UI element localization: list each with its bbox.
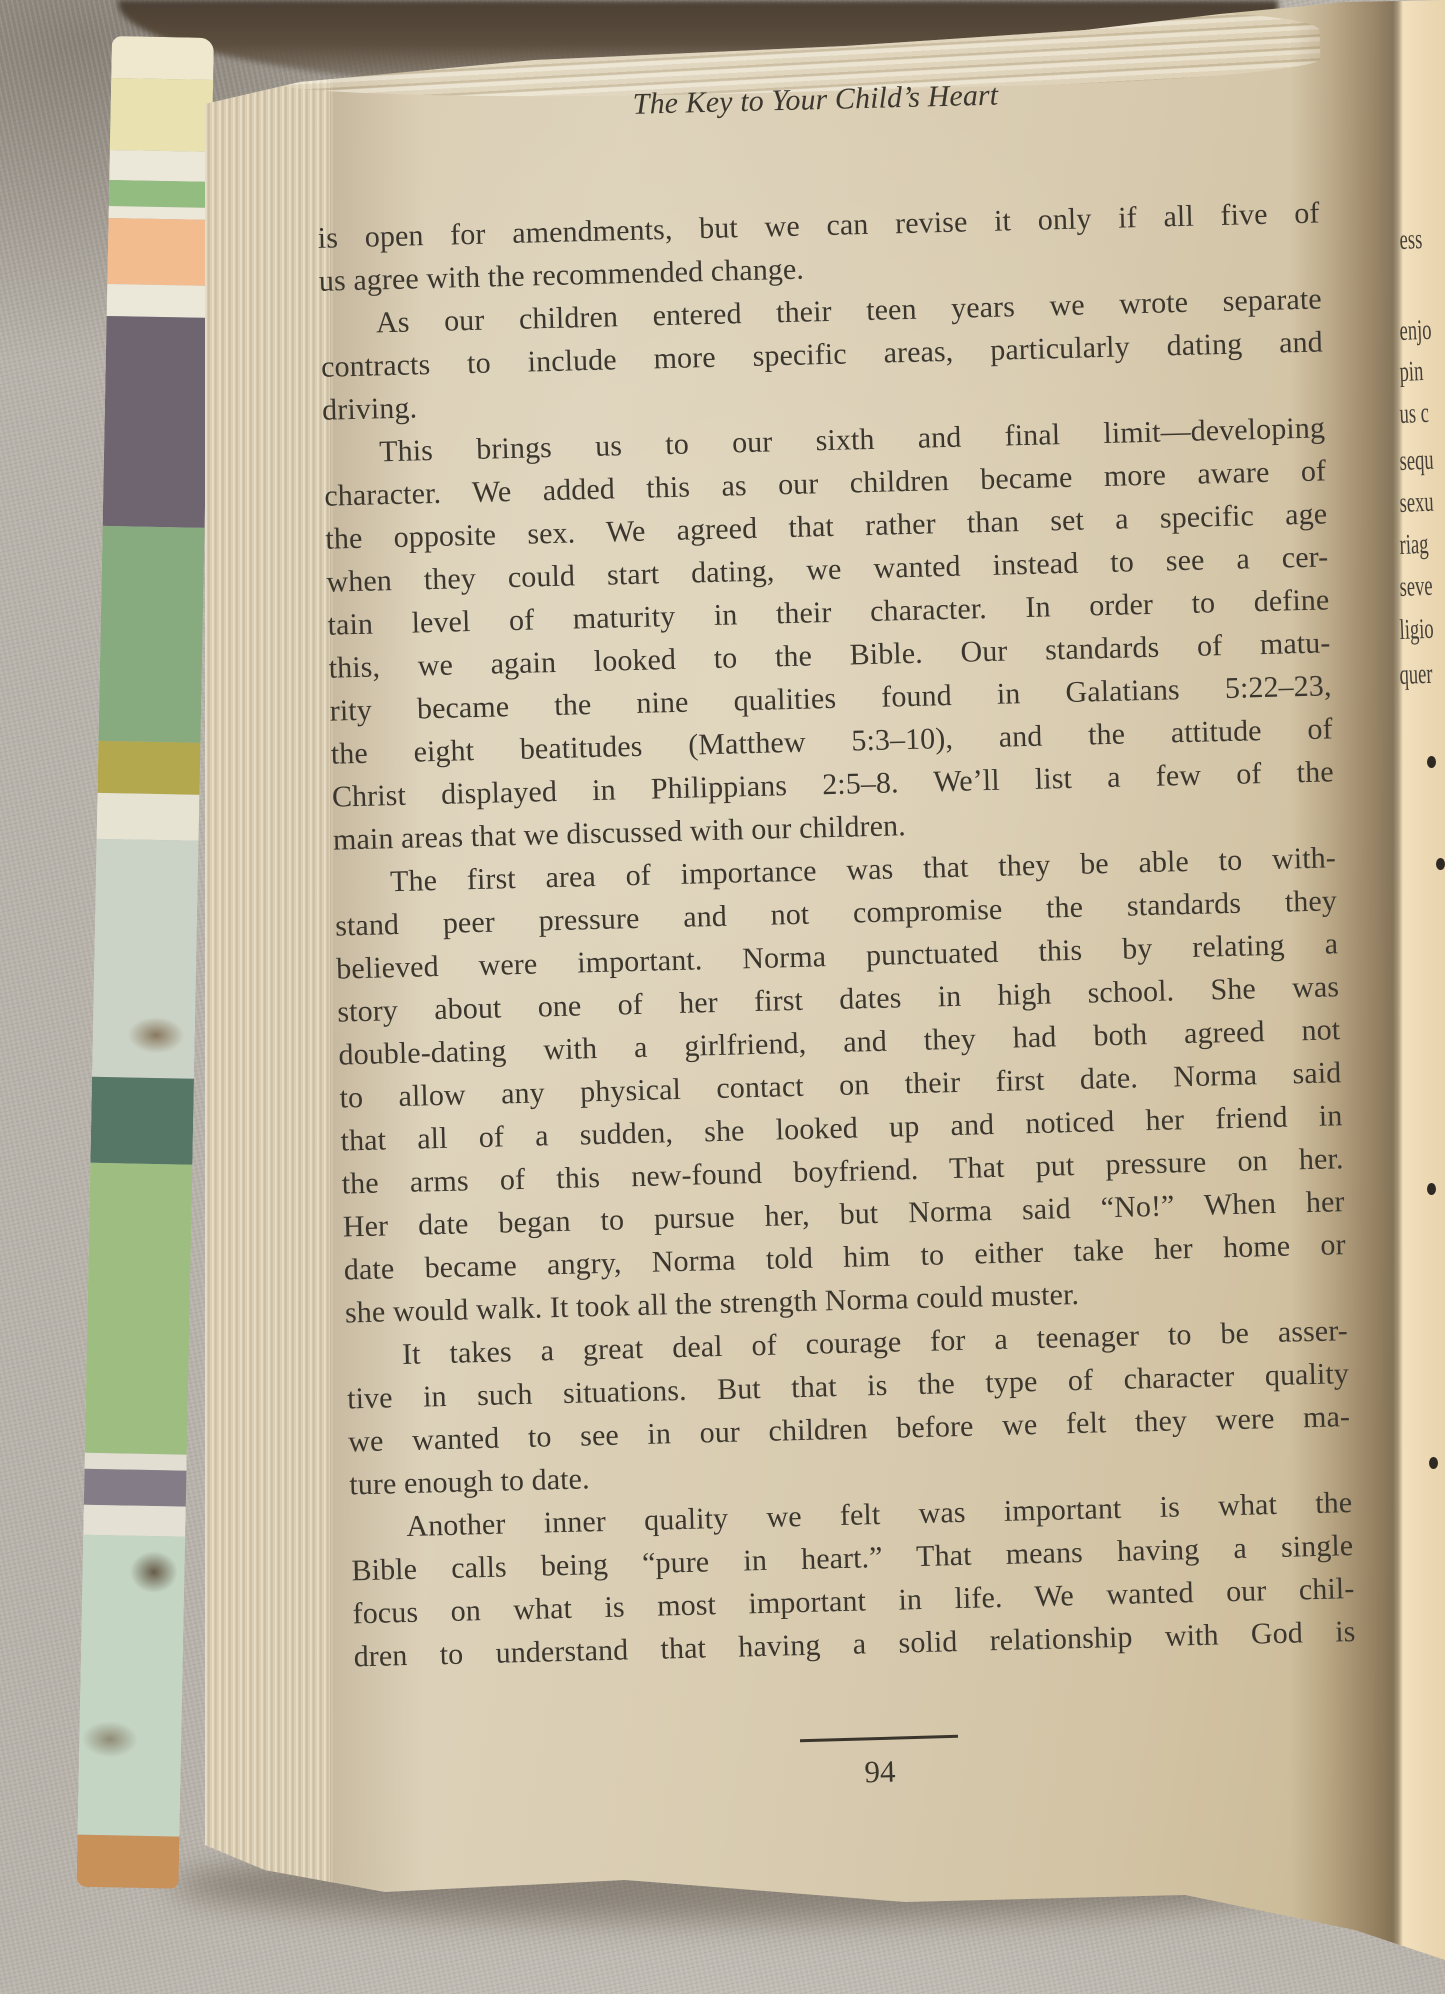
left-page: The Key to Your Child’s Heart is open fo… <box>314 66 1356 1679</box>
cover-stripe <box>97 741 200 795</box>
cover-stripe <box>107 284 210 318</box>
cover-stripe <box>110 78 213 152</box>
cover-stripe <box>111 36 214 80</box>
right-page-line-fragment: ligio <box>1399 614 1434 647</box>
photo-open-book: { "book": { "running_header": "The Key t… <box>0 0 1445 1994</box>
cover-stripe <box>103 316 209 528</box>
cover-stripe <box>109 180 211 208</box>
cover-stripe <box>107 218 210 286</box>
bullet-marker <box>1429 1457 1438 1469</box>
cover-stripe <box>84 1453 186 1471</box>
cover-stripe <box>109 150 212 182</box>
right-page-line-fragment: enjo <box>1399 315 1432 348</box>
right-page-line-fragment: sequ <box>1399 445 1434 478</box>
cover-stripe <box>92 839 199 1079</box>
cover-stripe <box>83 1505 186 1537</box>
right-page-line-fragment: riag <box>1399 529 1429 562</box>
cover-stripe <box>98 526 204 743</box>
right-page-line-fragment: quer <box>1399 659 1433 692</box>
right-page-line-fragment: pin <box>1399 356 1424 389</box>
bullet-marker <box>1427 1183 1436 1195</box>
bullet-marker <box>1427 756 1436 768</box>
cover-stripe <box>97 793 200 841</box>
cover-stripe <box>85 1163 193 1455</box>
bullet-marker <box>1436 858 1445 870</box>
page-number: 94 <box>818 1752 943 1791</box>
cover-stripe <box>90 1077 194 1165</box>
cover-stripe <box>76 1835 179 1889</box>
right-page-line-fragment: ess <box>1399 224 1423 257</box>
page-stack-fore-edge <box>205 40 333 1910</box>
cover-stripe <box>77 1535 185 1837</box>
book-cover-edge <box>76 36 214 1889</box>
right-page-line-fragment: sexu <box>1399 487 1434 520</box>
cover-stripe <box>84 1469 187 1507</box>
right-page-line-fragment: seve <box>1399 571 1433 604</box>
right-page-line-fragment: us c <box>1399 398 1430 431</box>
